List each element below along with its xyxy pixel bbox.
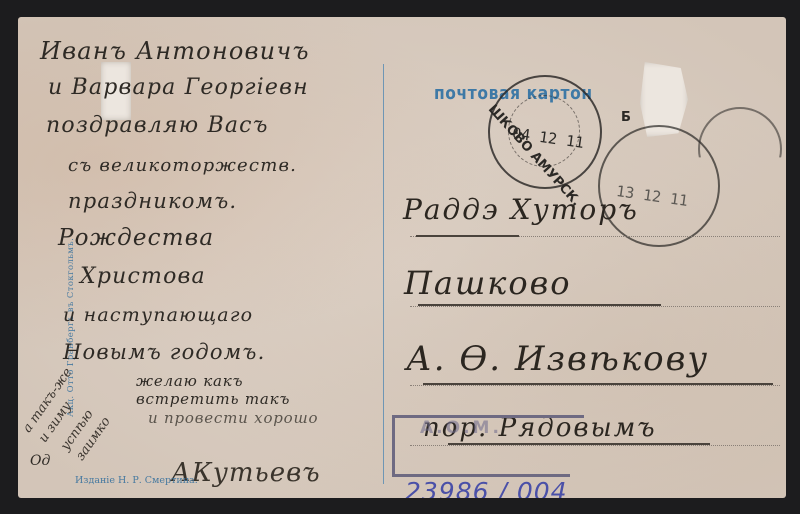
- message-line: Христова: [80, 264, 206, 289]
- address-line-1: Раддэ Хуторъ: [403, 193, 639, 226]
- message-line: и наступающаго: [63, 304, 253, 326]
- address-line: [410, 385, 780, 386]
- message-line: праздникомъ.: [68, 189, 237, 213]
- censor-stamp-text: А.О.М.: [420, 418, 502, 438]
- message-line: встретить такъ: [136, 390, 290, 408]
- address-underline: [423, 383, 773, 385]
- message-line: Иванъ Антоновичъ: [40, 37, 310, 65]
- message-line: съ великоторжеств.: [68, 155, 297, 176]
- address-line-2: Пашково: [404, 264, 572, 302]
- message-line: желаю какъ: [136, 372, 243, 390]
- address-line: [410, 306, 780, 307]
- address-line-3: А. Ө. Извѣкову: [406, 339, 709, 379]
- postcard: почтовая картон Акц. Отто Гранбергъ въ С…: [18, 17, 786, 498]
- printer-imprint: Акц. Отто Гранбергъ въ Стокгольмъ.: [66, 238, 76, 417]
- address-divider: [383, 64, 384, 484]
- message-line: и провести хорошо: [148, 409, 318, 427]
- address-underline: [416, 235, 519, 237]
- message-line: Рождества: [58, 225, 214, 251]
- address-underline: [418, 304, 661, 306]
- reference-number: 23986 / 004: [405, 477, 568, 498]
- message-line: поздравляю Васъ: [46, 113, 269, 138]
- message-line: и Варвара Георгiевн: [48, 75, 309, 100]
- postmark-2-ring-text: Б: [621, 110, 631, 125]
- message-line: Новымъ годомъ.: [63, 340, 265, 364]
- publisher-imprint: Изданie Н. Р. Смертина.: [75, 475, 198, 486]
- initials: Од: [30, 453, 50, 469]
